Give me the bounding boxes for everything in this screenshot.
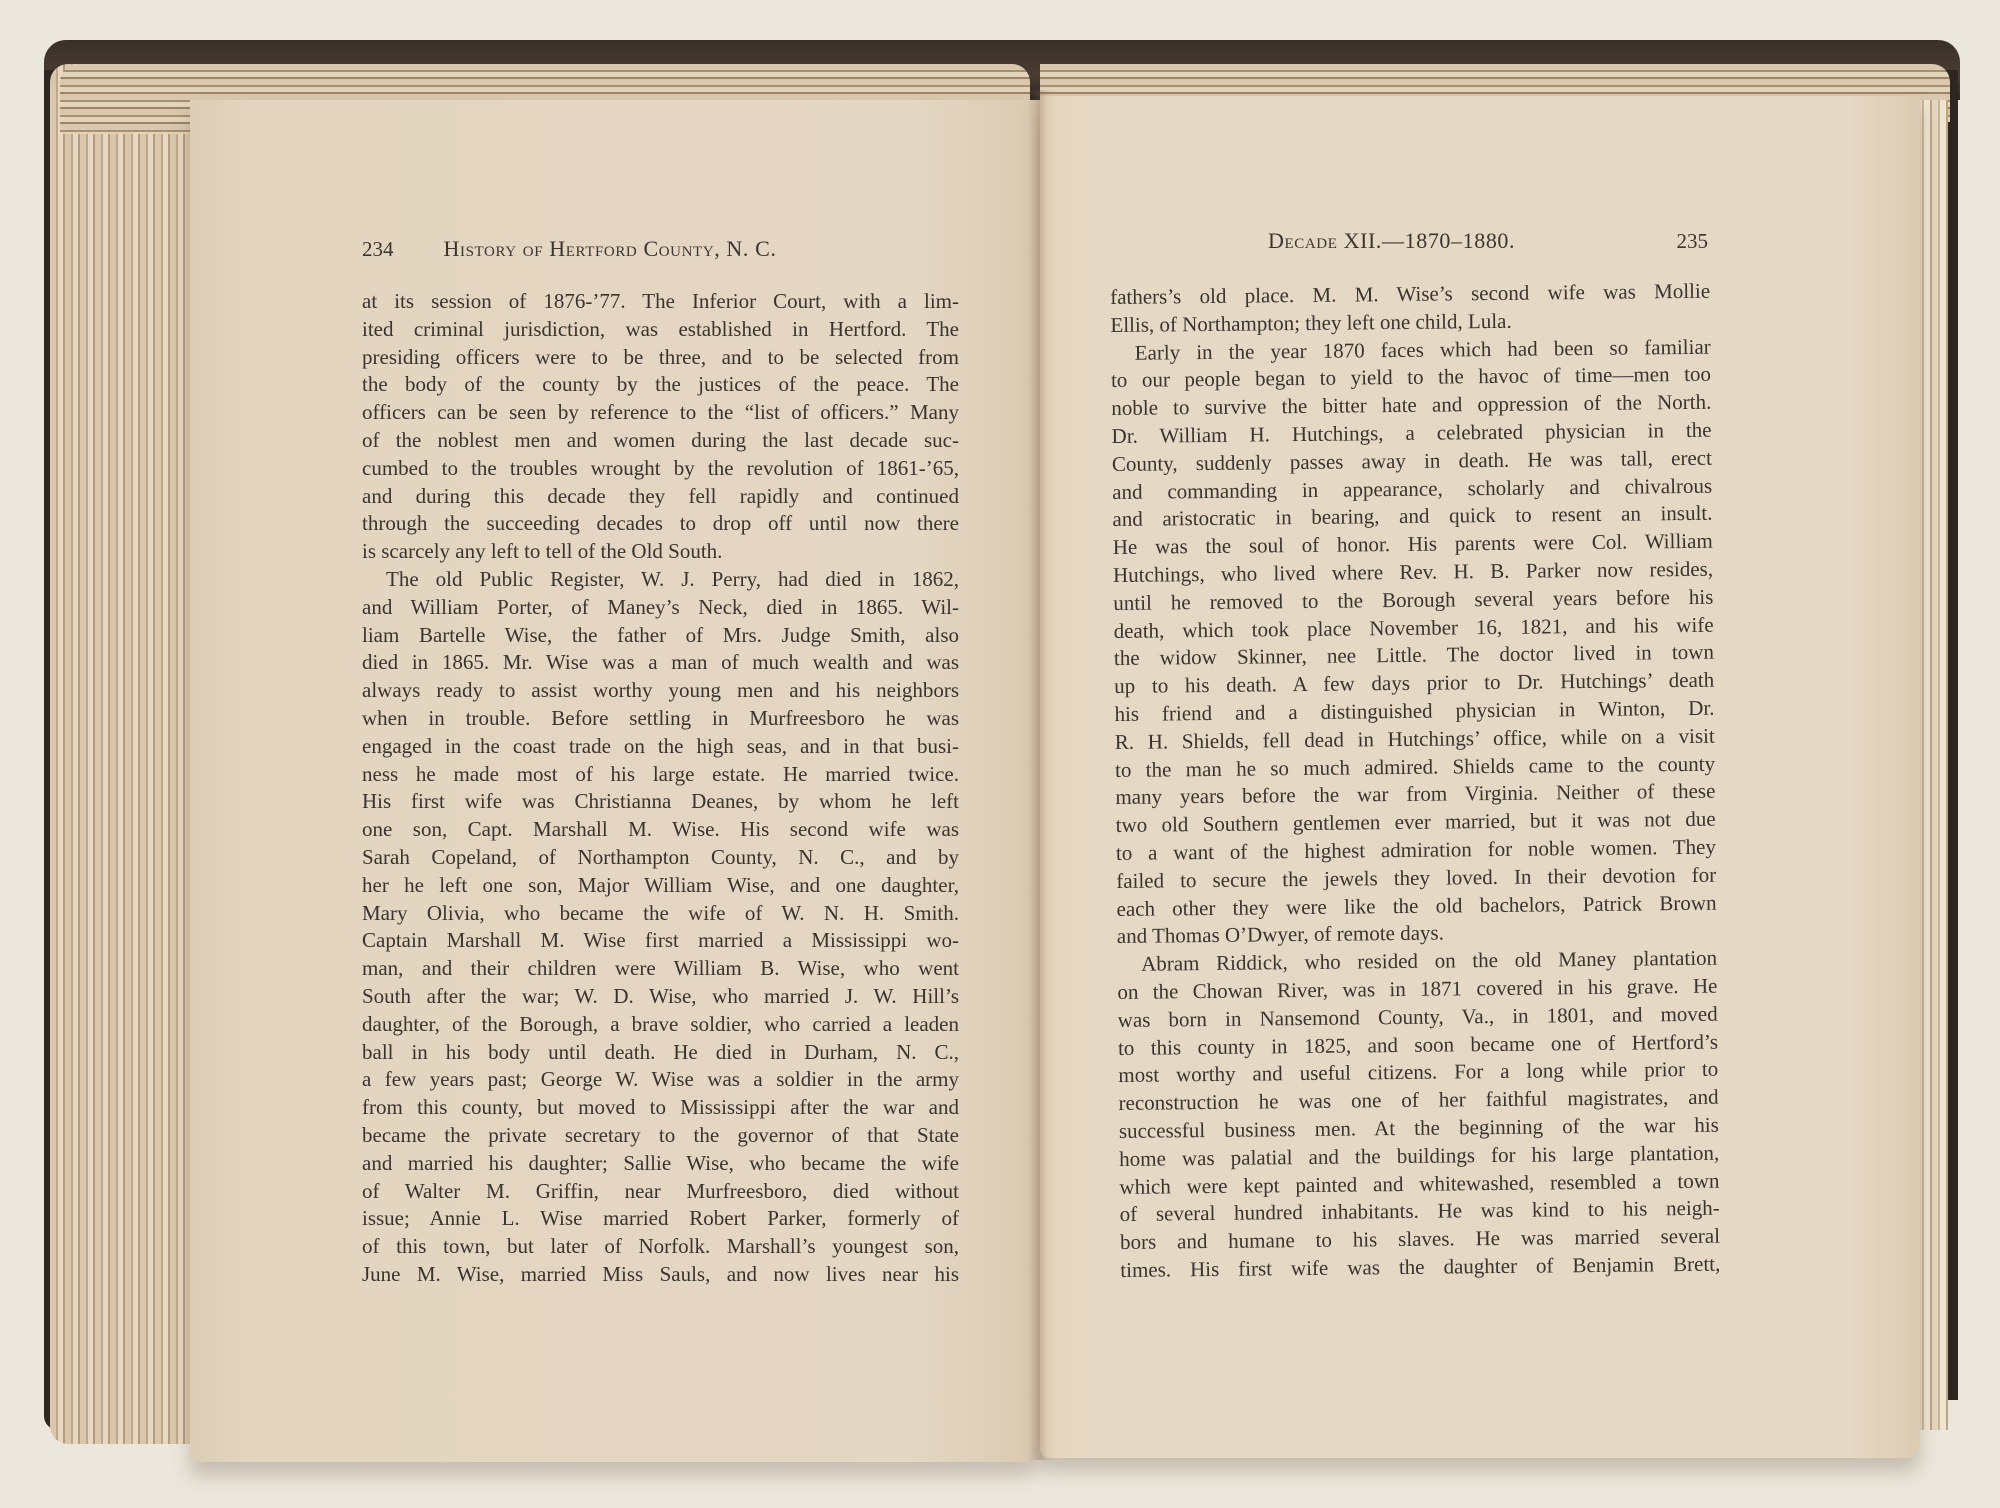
text-line: ness he made most of his large estate. H…: [362, 761, 959, 789]
left-page-body: at its session of 1876-’77. The Inferior…: [362, 288, 959, 1289]
text-line: cumbed to the troubles wrought by the re…: [362, 455, 959, 483]
right-running-head: Decade XII.—1870–1880. 235: [1108, 228, 1728, 254]
book-photo: 234 History of Hertford County, N. C. De…: [0, 0, 2000, 1508]
text-line: Sarah Copeland, of Northampton County, N…: [362, 844, 959, 872]
text-line: liam Bartelle Wise, the father of Mrs. J…: [362, 622, 959, 650]
text-line: engaged in the coast trade on the high s…: [362, 733, 959, 761]
text-line: through the succeeding decades to drop o…: [362, 510, 959, 538]
text-line: ball in his body until death. He died in…: [362, 1039, 959, 1067]
left-running-head: 234 History of Hertford County, N. C.: [362, 236, 962, 262]
text-line: presiding officers were to be three, and…: [362, 344, 959, 372]
text-line: is scarcely any left to tell of the Old …: [362, 538, 959, 566]
right-page-body: fathers’s old place. M. M. Wise’s second…: [1110, 278, 1720, 1285]
text-line: her he left one son, Major William Wise,…: [362, 872, 959, 900]
text-line: and during this decade they fell rapidly…: [362, 483, 959, 511]
text-line: of the noblest men and women during the …: [362, 427, 959, 455]
text-line: of Walter M. Griffin, near Murfreesboro,…: [362, 1178, 959, 1206]
text-line: The old Public Register, W. J. Perry, ha…: [362, 566, 959, 594]
text-line: of this town, but later of Norfolk. Mars…: [362, 1233, 959, 1261]
running-head-title-right: Decade XII.—1870–1880.: [1268, 228, 1515, 254]
text-line: and William Porter, of Maney’s Neck, die…: [362, 594, 959, 622]
text-line: Mary Olivia, who became the wife of W. N…: [362, 900, 959, 928]
text-line: a few years past; George W. Wise was a s…: [362, 1066, 959, 1094]
text-line: died in 1865. Mr. Wise was a man of much…: [362, 649, 959, 677]
text-line: at its session of 1876-’77. The Inferior…: [362, 288, 959, 316]
page-number-right: 235: [1677, 229, 1709, 254]
text-line: issue; Annie L. Wise married Robert Park…: [362, 1205, 959, 1233]
text-line: from this county, but moved to Mississip…: [362, 1094, 959, 1122]
text-line: the body of the county by the justices o…: [362, 371, 959, 399]
text-line: when in trouble. Before settling in Murf…: [362, 705, 959, 733]
text-line: ited criminal jurisdiction, was establis…: [362, 316, 959, 344]
text-line: His first wife was Christianna Deanes, b…: [362, 788, 959, 816]
text-line: daughter, of the Borough, a brave soldie…: [362, 1011, 959, 1039]
book-gutter: [1028, 90, 1056, 1460]
text-line: and married his daughter; Sallie Wise, w…: [362, 1150, 959, 1178]
text-line: man, and their children were William B. …: [362, 955, 959, 983]
text-line: June M. Wise, married Miss Sauls, and no…: [362, 1261, 959, 1289]
text-line: officers can be seen by reference to the…: [362, 399, 959, 427]
page-number-left: 234: [362, 237, 394, 262]
text-line: became the private secretary to the gove…: [362, 1122, 959, 1150]
page-edges-left: [50, 64, 200, 1444]
text-line: one son, Capt. Marshall M. Wise. His sec…: [362, 816, 959, 844]
text-line: always ready to assist worthy young men …: [362, 677, 959, 705]
running-head-title-left: History of Hertford County, N. C.: [444, 236, 777, 262]
text-line: South after the war; W. D. Wise, who mar…: [362, 983, 959, 1011]
text-line: Captain Marshall M. Wise first married a…: [362, 927, 959, 955]
